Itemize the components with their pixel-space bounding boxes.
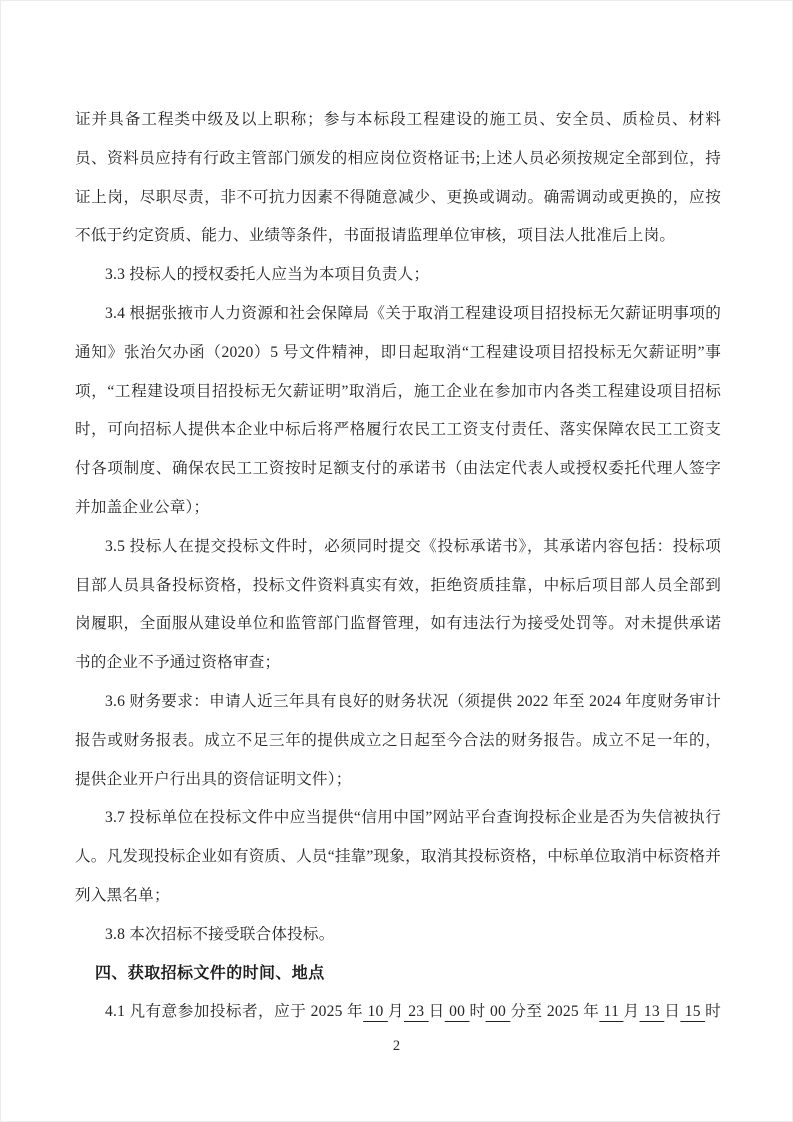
para-4-1: 4.1 凡有意参加投标者，应于 2025 年 10 月 23 日 00 时 00… <box>75 993 721 1032</box>
document-body: 证并具备工程类中级及以上职称；参与本标段工程建设的施工员、安全员、质检员、材料员… <box>75 101 721 1032</box>
section-heading-4: 四、获取招标文件的时间、地点 <box>75 955 721 994</box>
para-continuation: 证并具备工程类中级及以上职称；参与本标段工程建设的施工员、安全员、质检员、材料员… <box>75 101 721 256</box>
page-number: 2 <box>0 1036 793 1056</box>
underlined-value: 11 <box>599 1003 623 1020</box>
para-3-4: 3.4 根据张掖市人力资源和社会保障局《关于取消工程建设项目招投标无欠薪证明事项… <box>75 295 721 528</box>
underlined-value: 00 <box>486 1003 511 1020</box>
underlined-value: 13 <box>640 1003 665 1020</box>
underlined-value: 23 <box>404 1003 429 1020</box>
document-page: 证并具备工程类中级及以上职称；参与本标段工程建设的施工员、安全员、质检员、材料员… <box>0 0 793 1122</box>
underlined-value: 10 <box>363 1003 388 1020</box>
underlined-value: 00 <box>445 1003 470 1020</box>
underlined-value: 15 <box>680 1003 705 1020</box>
para-3-8: 3.8 本次招标不接受联合体投标。 <box>75 916 721 955</box>
para-3-6: 3.6 财务要求：申请人近三年具有良好的财务状况（须提供 2022 年至 202… <box>75 683 721 799</box>
para-3-5: 3.5 投标人在提交投标文件时，必须同时提交《投标承诺书》，其承诺内容包括：投标… <box>75 528 721 683</box>
para-3-7: 3.7 投标单位在投标文件中应当提供“信用中国”网站平台查询投标企业是否为失信被… <box>75 799 721 915</box>
para-3-3: 3.3 投标人的授权委托人应当为本项目负责人； <box>75 256 721 295</box>
